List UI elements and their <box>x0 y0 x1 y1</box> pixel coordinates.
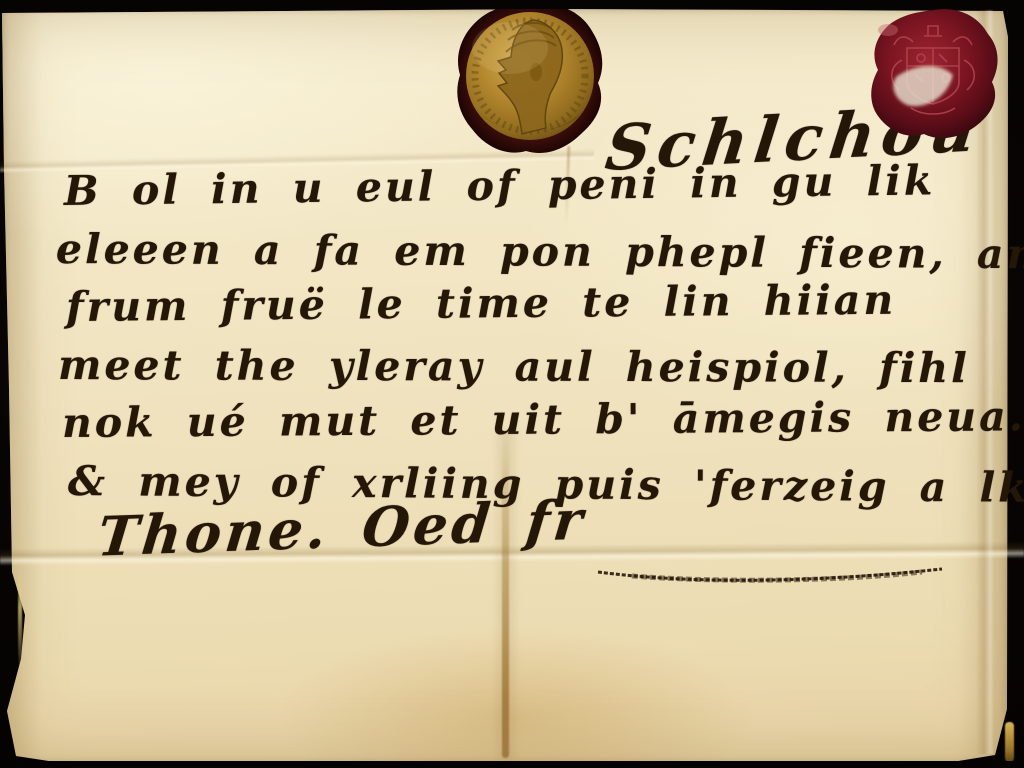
torn-left-edge-highlight <box>18 560 22 678</box>
handwritten-line-1: B ol in u eul of peni in gu lik <box>64 150 1024 220</box>
photograph-of-old-letter: Schlchou B ol in u eul of peni in gu lik… <box>0 0 1024 768</box>
wax-small-glint <box>878 24 898 36</box>
handwritten-line-5: nok ué mut et uit b' āmegis neua. <box>62 387 1024 452</box>
red-wax-seal-icon <box>858 2 1008 150</box>
letter-body: B ol in u eul of peni in gu lik eleeen a… <box>56 162 1024 510</box>
coin-highlight <box>472 22 548 74</box>
handwritten-line-3: frum fruë le time te lin hiian <box>66 269 1024 336</box>
ink-rule-line <box>592 556 954 596</box>
bottom-black-border <box>0 761 1024 768</box>
top-black-border <box>0 0 1024 9</box>
bronze-portrait-wax-seal-icon <box>448 1 612 157</box>
paper-edge-glint <box>1005 722 1014 762</box>
